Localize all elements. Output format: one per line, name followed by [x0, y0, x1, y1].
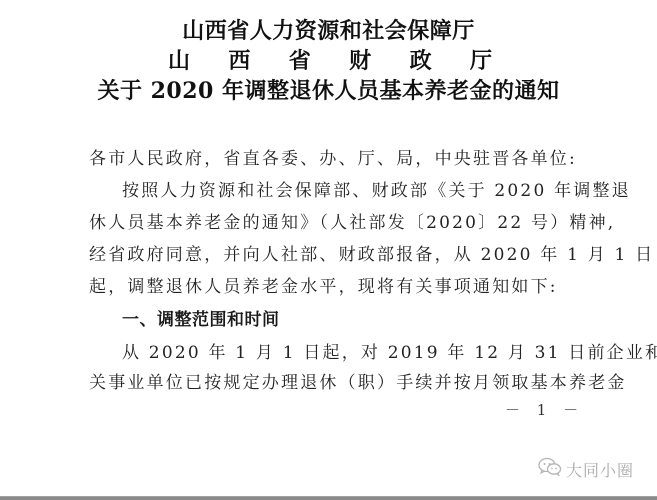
paragraph-line: 经省政府同意，并向人社部、财政部报备，从 2020 年 1 月 1 日 [89, 244, 654, 266]
title-char: 山 [168, 48, 190, 74]
watermark-text: 大同小圈 [566, 458, 634, 481]
title-issuer-finance: 山 西 省 财 政 厅 [168, 48, 492, 74]
document-title: 关于 2020 年调整退休人员基本养老金的通知 [0, 78, 657, 104]
paragraph-line: 从 2020 年 1 月 1 日起，对 2019 年 12 月 31 日前企业和… [122, 342, 657, 364]
title-char: 省 [289, 48, 311, 74]
salutation: 各市人民政府，省直各委、办、厅、局，中央驻晋各单位: [89, 148, 577, 170]
title-char: 政 [410, 48, 432, 74]
paragraph-line: 按照人力资源和社会保障部、财政部《关于 2020 年调整退 [122, 180, 631, 202]
title-char: 财 [349, 48, 371, 74]
title-char: 厅 [470, 48, 492, 74]
title-char: 西 [228, 48, 250, 74]
paragraph-line: 关事业单位已按规定办理退休（职）手续并按月领取基本养老金 [89, 372, 627, 394]
title-issuer-hrss: 山西省人力资源和社会保障厅 [0, 18, 657, 44]
paragraph-line: 起，调整退休人员养老金水平，现将有关事项通知如下: [89, 276, 558, 298]
page-number: － 1 － [505, 399, 584, 420]
paragraph-line: 休人员基本养老金的通知》（人社部发〔2020〕22 号）精神, [89, 212, 615, 234]
wechat-icon [538, 457, 562, 481]
watermark: 大同小圈 [538, 457, 634, 481]
bottom-border [0, 496, 657, 500]
section-heading: 一、调整范围和时间 [122, 309, 280, 331]
